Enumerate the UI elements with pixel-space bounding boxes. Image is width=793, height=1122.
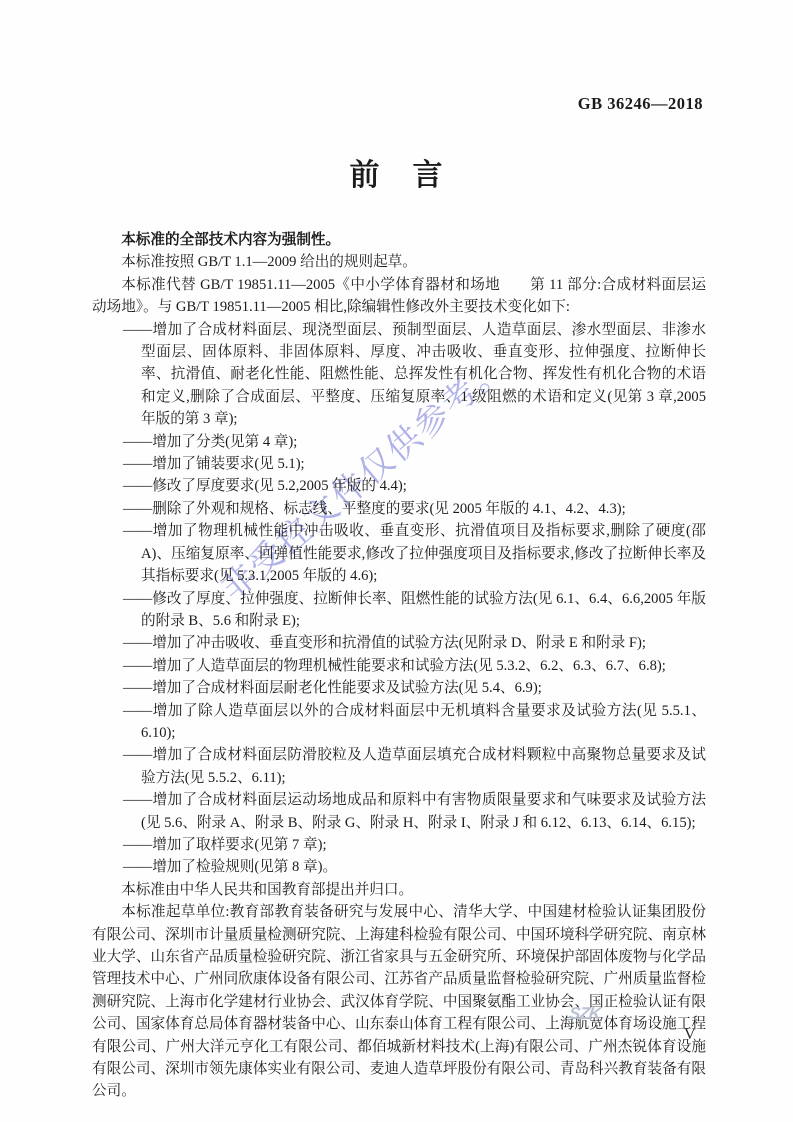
page-number: V: [684, 1026, 696, 1044]
change-item: ——增加了取样要求(见第 7 章);: [92, 834, 706, 856]
title-char-2: 言: [413, 150, 444, 194]
change-item: ——增加了合成材料面层、现浇型面层、预制型面层、人造草面层、渗水型面层、非渗水型…: [92, 319, 706, 431]
title-char-1: 前: [350, 150, 381, 194]
paragraph-drafting-rule: 本标准按照 GB/T 1.1—2009 给出的规则起草。: [92, 251, 706, 273]
change-item: ——增加了除人造草面层以外的合成材料面层中无机填料含量要求及试验方法(见 5.5…: [92, 700, 706, 745]
change-item: ——增加了铺装要求(见 5.1);: [92, 453, 706, 475]
change-item: ——增加了检验规则(见第 8 章)。: [92, 856, 706, 878]
change-item: ——增加了合成材料面层防滑胶粒及人造草面层填充合成材料颗粒中高聚物总量要求及试验…: [92, 744, 706, 789]
change-item: ——增加了分类(见第 4 章);: [92, 431, 706, 453]
change-item: ——修改了厚度、拉伸强度、拉断伸长率、阻燃性能的试验方法(见 6.1、6.4、6…: [92, 588, 706, 633]
page-title: 前 言: [0, 150, 793, 194]
foreword-body: 本标准的全部技术内容为强制性。 本标准按照 GB/T 1.1—2009 给出的规…: [92, 229, 706, 1103]
paragraph-replacement: 本标准代替 GB/T 19851.11—2005《中小学体育器材和场地 第 11…: [92, 274, 706, 319]
change-item: ——增加了人造草面层的物理机械性能要求和试验方法(见 5.3.2、6.2、6.3…: [92, 655, 706, 677]
standard-code: GB 36246—2018: [578, 94, 703, 114]
paragraph-mandatory-note: 本标准的全部技术内容为强制性。: [92, 229, 706, 251]
change-item: ——增加了合成材料面层耐老化性能要求及试验方法(见 5.4、6.9);: [92, 677, 706, 699]
change-item: ——修改了厚度要求(见 5.2,2005 年版的 4.4);: [92, 475, 706, 497]
paragraph-authority: 本标准由中华人民共和国教育部提出并归口。: [92, 879, 706, 901]
change-item: ——增加了物理机械性能中冲击吸收、垂直变形、抗滑值项目及指标要求,删除了硬度(邵…: [92, 520, 706, 587]
change-item: ——增加了合成材料面层运动场地成品和原料中有害物质限量要求和气味要求及试验方法(…: [92, 789, 706, 834]
change-item: ——增加了冲击吸收、垂直变形和抗滑值的试验方法(见附录 D、附录 E 和附录 F…: [92, 632, 706, 654]
change-item: ——删除了外观和规格、标志线、平整度的要求(见 2005 年版的 4.1、4.2…: [92, 498, 706, 520]
document-page: GB 36246—2018 前 言 非受控文件仅供参考。 本标准的全部技术内容为…: [0, 0, 793, 1122]
paragraph-drafting-organizations: 本标准起草单位:教育部教育装备研究与发展中心、清华大学、中国建材检验认证集团股份…: [92, 901, 706, 1103]
